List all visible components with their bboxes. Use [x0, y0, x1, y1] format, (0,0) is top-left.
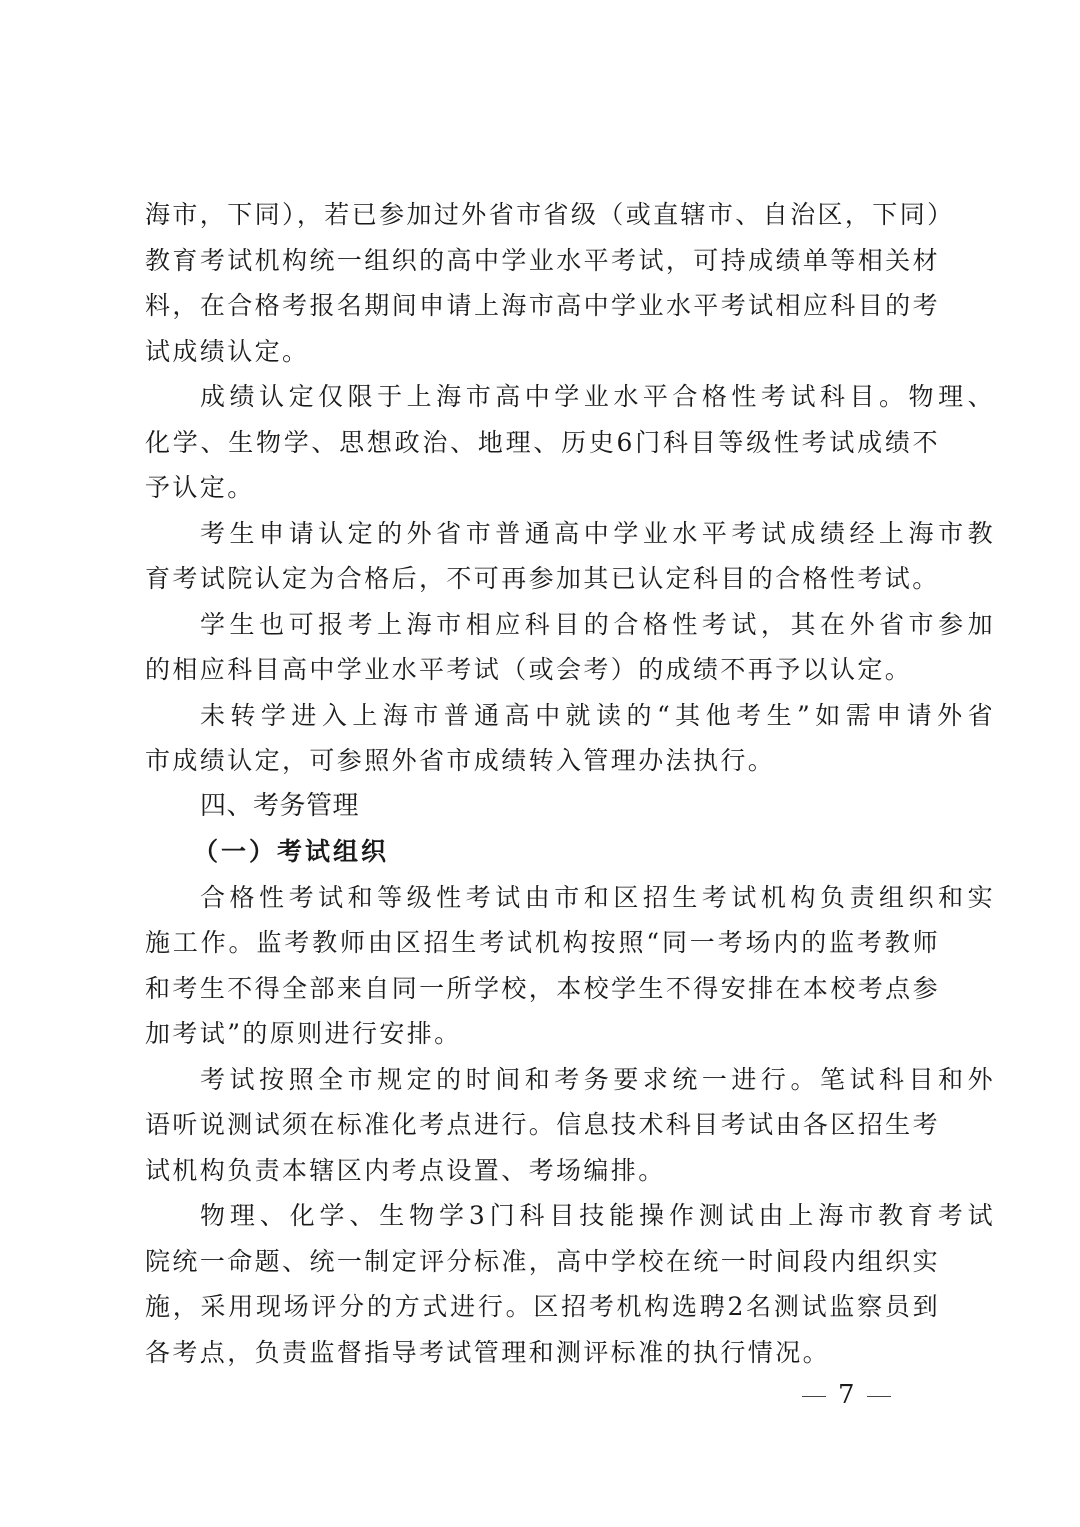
paragraph-start-line: 成绩认定仅限于上海市高中学业水平合格性考试科目。物理、 [145, 374, 995, 420]
body-line: 料，在合格考报名期间申请上海市高中学业水平考试相应科目的考 [145, 283, 940, 329]
page-number-value: 7 [838, 1380, 855, 1410]
dash-right [867, 1396, 891, 1397]
dash-left [802, 1396, 826, 1397]
body-line: 加考试”的原则进行安排。 [145, 1011, 945, 1057]
body-line: 各考点，负责监督指导考试管理和测评标准的执行情况。 [145, 1330, 945, 1376]
body-line: 语听说测试须在标准化考点进行。信息技术科目考试由各区招生考 [145, 1102, 940, 1148]
body-line: 予认定。 [145, 465, 945, 511]
body-line: 化学、生物学、思想政治、地理、历史6门科目等级性考试成绩不 [145, 420, 940, 466]
page-number: 7 [790, 1380, 910, 1410]
body-line: 市成绩认定，可参照外省市成绩转入管理办法执行。 [145, 738, 945, 784]
body-line: 施，采用现场评分的方式进行。区招考机构选聘2名测试监察员到 [145, 1284, 940, 1330]
paragraph-start-line: 考生申请认定的外省市普通高中学业水平考试成绩经上海市教 [145, 511, 995, 557]
paragraph-start-line: 考试按照全市规定的时间和考务要求统一进行。笔试科目和外 [145, 1057, 995, 1103]
subsection-heading: （一）考试组织 [145, 829, 945, 875]
body-line: 海市，下同），若已参加过外省市省级（或直辖市、自治区，下同） [145, 192, 940, 238]
paragraph-start-line: 物理、化学、生物学3门科目技能操作测试由上海市教育考试 [145, 1193, 995, 1239]
section-heading: 四、考务管理 [145, 784, 945, 830]
body-line: 育考试院认定为合格后，不可再参加其已认定科目的合格性考试。 [145, 556, 945, 602]
paragraph-start-line: 合格性考试和等级性考试由市和区招生考试机构负责组织和实 [145, 875, 995, 921]
paragraph-start-line: 未转学进入上海市普通高中就读的“其他考生”如需申请外省 [145, 693, 995, 739]
body-line: 试机构负责本辖区内考点设置、考场编排。 [145, 1148, 945, 1194]
body-line: 院统一命题、统一制定评分标准，高中学校在统一时间段内组织实 [145, 1239, 940, 1285]
body-line: 试成绩认定。 [145, 329, 945, 375]
paragraph-start-line: 学生也可报考上海市相应科目的合格性考试，其在外省市参加 [145, 602, 995, 648]
body-line: 施工作。监考教师由区招生考试机构按照“同一考场内的监考教师 [145, 920, 940, 966]
body-line: 教育考试机构统一组织的高中学业水平考试，可持成绩单等相关材 [145, 238, 940, 284]
document-page: 海市，下同），若已参加过外省市省级（或直辖市、自治区，下同） 教育考试机构统一组… [145, 192, 945, 1375]
body-line: 的相应科目高中学业水平考试（或会考）的成绩不再予以认定。 [145, 647, 945, 693]
body-line: 和考生不得全部来自同一所学校，本校学生不得安排在本校考点参 [145, 966, 940, 1012]
